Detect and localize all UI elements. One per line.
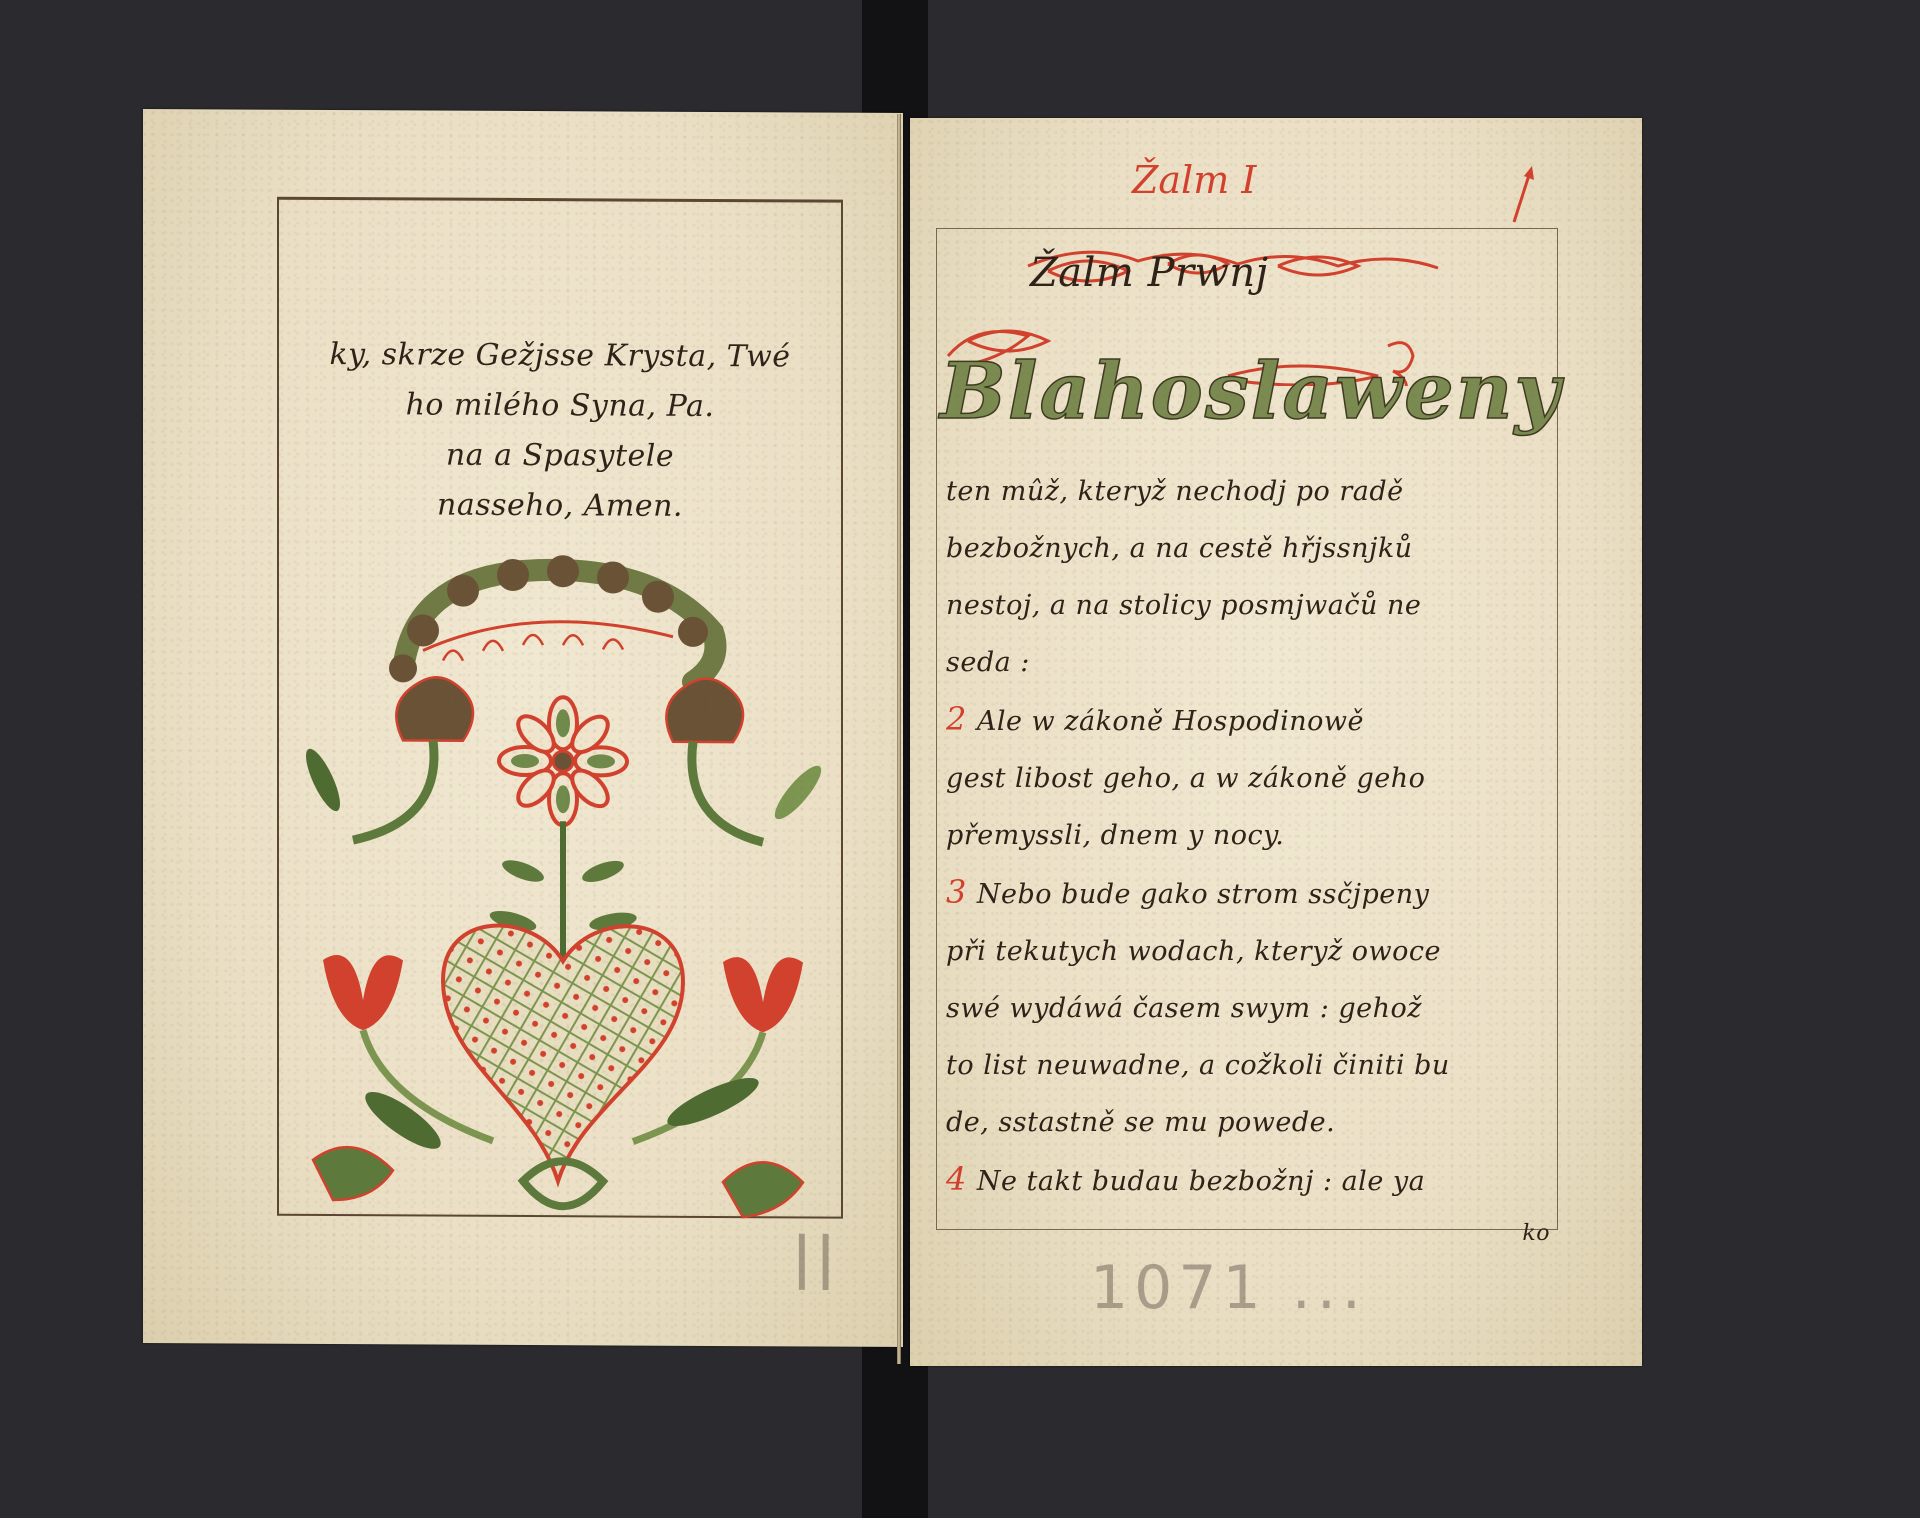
text-line: nasseho, Amen. [279,480,841,533]
left-page-text: ky, skrze Gežjsse Krysta, Twé ho milého … [279,330,841,533]
verse-text: Ale w zákoně Hospodinowě [977,706,1364,737]
right-page: Žalm I Žalm Prwnj Blahoslaweny ten mûž, … [910,118,1642,1366]
verse-line: 2Ale w zákoně Hospodinowě [946,691,1556,750]
verse-line: swé wydáwá časem swym : gehož [946,980,1556,1037]
psalm-text: ten mûž, kteryž nechodj po radě bezbožny… [946,463,1556,1210]
left-page: ky, skrze Gežjsse Krysta, Twé ho milého … [143,109,903,1347]
gutter [897,114,901,1364]
verse-line: 4Ne takt budau bezbožnj : ale ya [946,1151,1556,1210]
verse-text: Nebo bude gako strom ssčjpeny [977,879,1430,910]
decorated-initial-word: Blahoslaweny [940,346,1562,437]
verse-line: ten mûž, kteryž nechodj po radě [946,463,1556,520]
text-line: na a Spasytele [279,430,841,483]
verse-line: to list neuwadne, a cožkoli činiti bu [946,1037,1556,1094]
verse-line: přemyssli, dnem y nocy. [946,807,1556,864]
pencil-mark: 1071 ... [1090,1253,1367,1323]
text-line: ho milého Syna, Pa. [279,380,841,433]
pencil-mark: ǀǀ [793,1222,840,1292]
verse-line: bezbožnych, a na cestě hřjssnjků [946,520,1556,577]
verse-line: seda : [946,634,1556,691]
arrow-up-icon [1508,164,1538,224]
verse-line: nestoj, a na stolicy posmjwačů ne [946,577,1556,634]
floral-heart-illustration [293,540,833,1223]
psalm-subtitle: Žalm Prwnj [1030,250,1269,296]
verse-line: de, sstastně se mu powede. [946,1094,1556,1151]
verse-number: 3 [946,873,967,911]
verse-text: Ne takt budau bezbožnj : ale ya [977,1166,1425,1197]
verse-line: gest libost geho, a w zákoně geho [946,750,1556,807]
verse-line: při tekutych wodach, kteryž owoce [946,923,1556,980]
verse-line: 3Nebo bude gako strom ssčjpeny [946,864,1556,923]
running-head: Žalm I [1132,158,1256,202]
verse-number: 2 [946,700,967,738]
verse-number: 4 [946,1160,967,1198]
catchword: ko [1522,1221,1550,1246]
text-line: ky, skrze Gežjsse Krysta, Twé [279,330,841,383]
